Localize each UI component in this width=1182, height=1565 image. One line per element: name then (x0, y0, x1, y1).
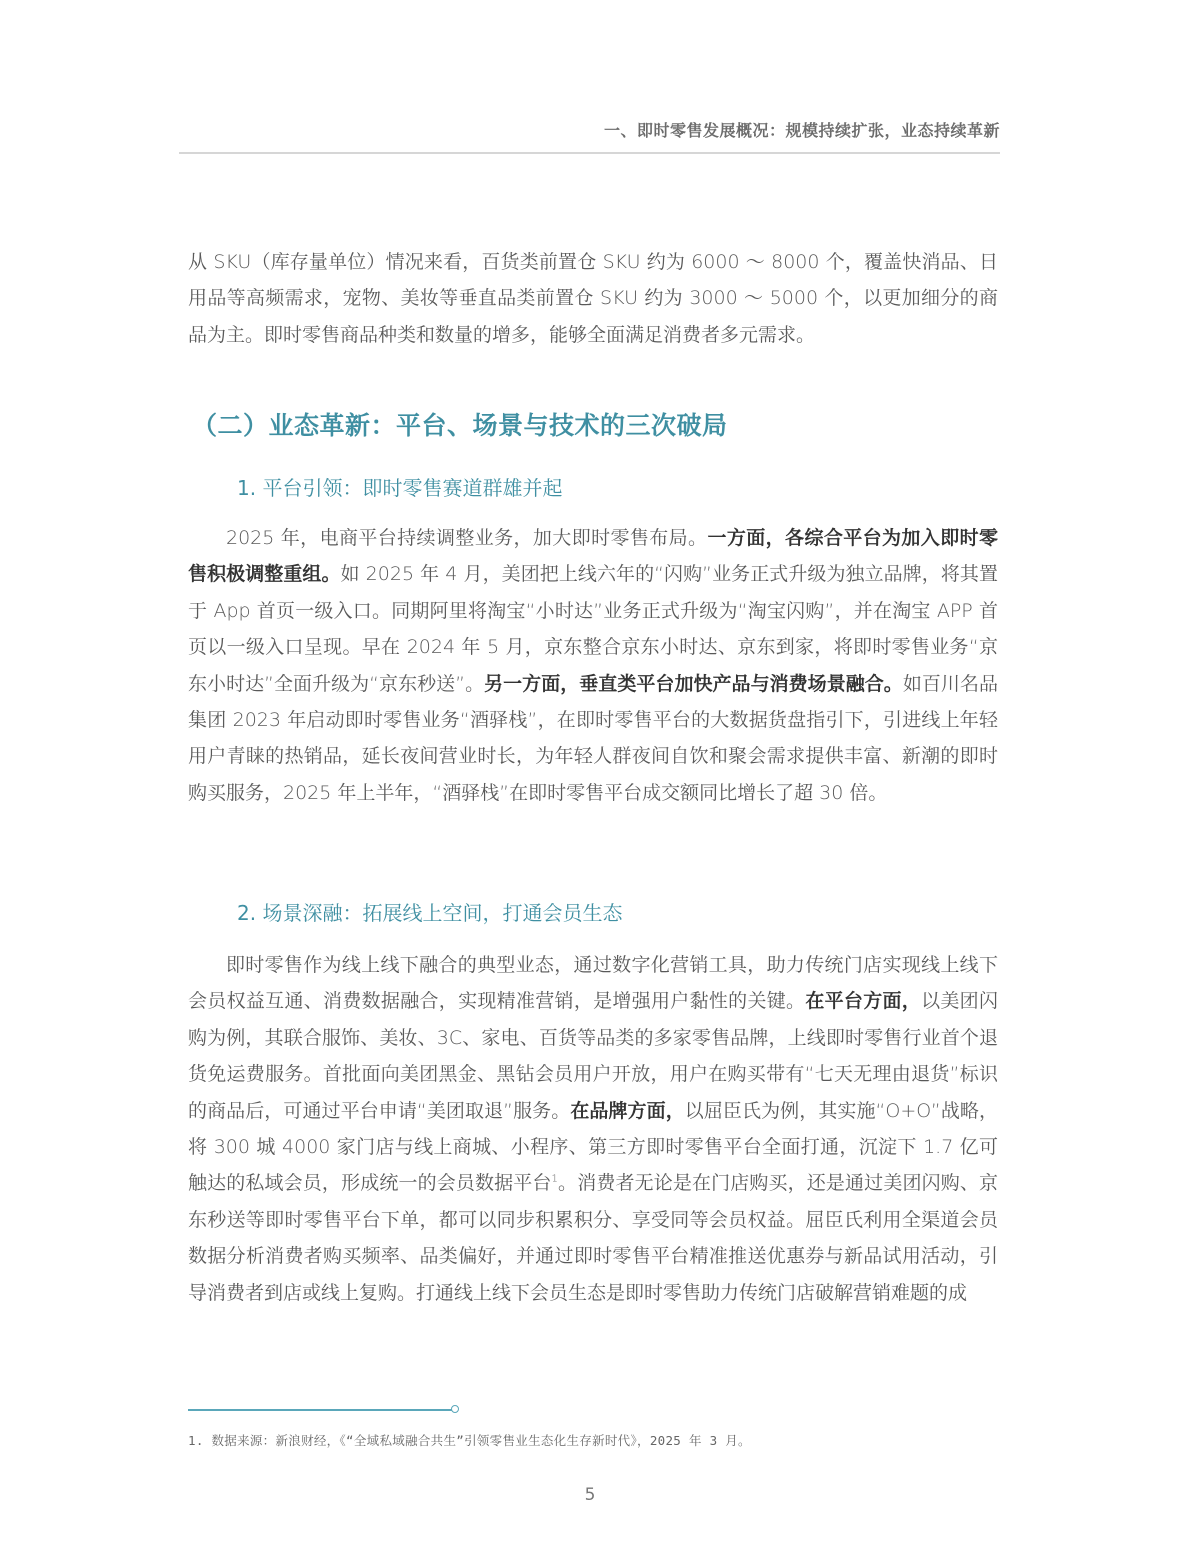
bold-emphasis: 在平台方面， (805, 990, 921, 1012)
subsection-2-paragraph: 即时零售作为线上线下融合的典型业态，通过数字化营销工具，助力传统门店实现线上线下… (188, 947, 998, 1311)
bold-emphasis: 在品牌方面， (570, 1100, 684, 1122)
subsection-1-paragraph: 2025 年，电商平台持续调整业务，加大即时零售布局。一方面，各综合平台为加入即… (188, 520, 998, 811)
footnote-text: 1. 数据来源：新浪财经，《“全域私域融合共生”引领零售业生态化生存新时代》，2… (188, 1431, 751, 1451)
subsection-1-body: 2025 年，电商平台持续调整业务，加大即时零售布局。一方面，各综合平台为加入即… (188, 520, 998, 811)
subsection-heading-2: 2. 场景深融：拓展线上空间，打通会员生态 (237, 897, 622, 929)
running-header-title: 一、即时零售发展概况：规模持续扩张，业态持续革新 (179, 118, 1000, 141)
bold-emphasis: 另一方面，垂直类平台加快产品与消费场景融合。 (484, 673, 903, 695)
subsection-2-body: 即时零售作为线上线下融合的典型业态，通过数字化营销工具，助力传统门店实现线上线下… (188, 947, 998, 1311)
subsection-heading-1: 1. 平台引领：即时零售赛道群雄并起 (237, 472, 562, 504)
footnote-divider-dot-icon (451, 1405, 459, 1413)
intro-paragraph: 从 SKU（库存量单位）情况来看，百货类前置仓 SKU 约为 6000 ～ 80… (188, 244, 998, 353)
page-number: 5 (560, 1485, 620, 1505)
footnote-divider (188, 1409, 452, 1411)
header-divider (179, 152, 1000, 154)
text-segment: 2025 年，电商平台持续调整业务，加大即时零售布局。 (226, 527, 707, 549)
intro-paragraph-block: 从 SKU（库存量单位）情况来看，百货类前置仓 SKU 约为 6000 ～ 80… (188, 244, 998, 353)
section-heading: （二）业态革新：平台、场景与技术的三次破局 (192, 406, 728, 446)
